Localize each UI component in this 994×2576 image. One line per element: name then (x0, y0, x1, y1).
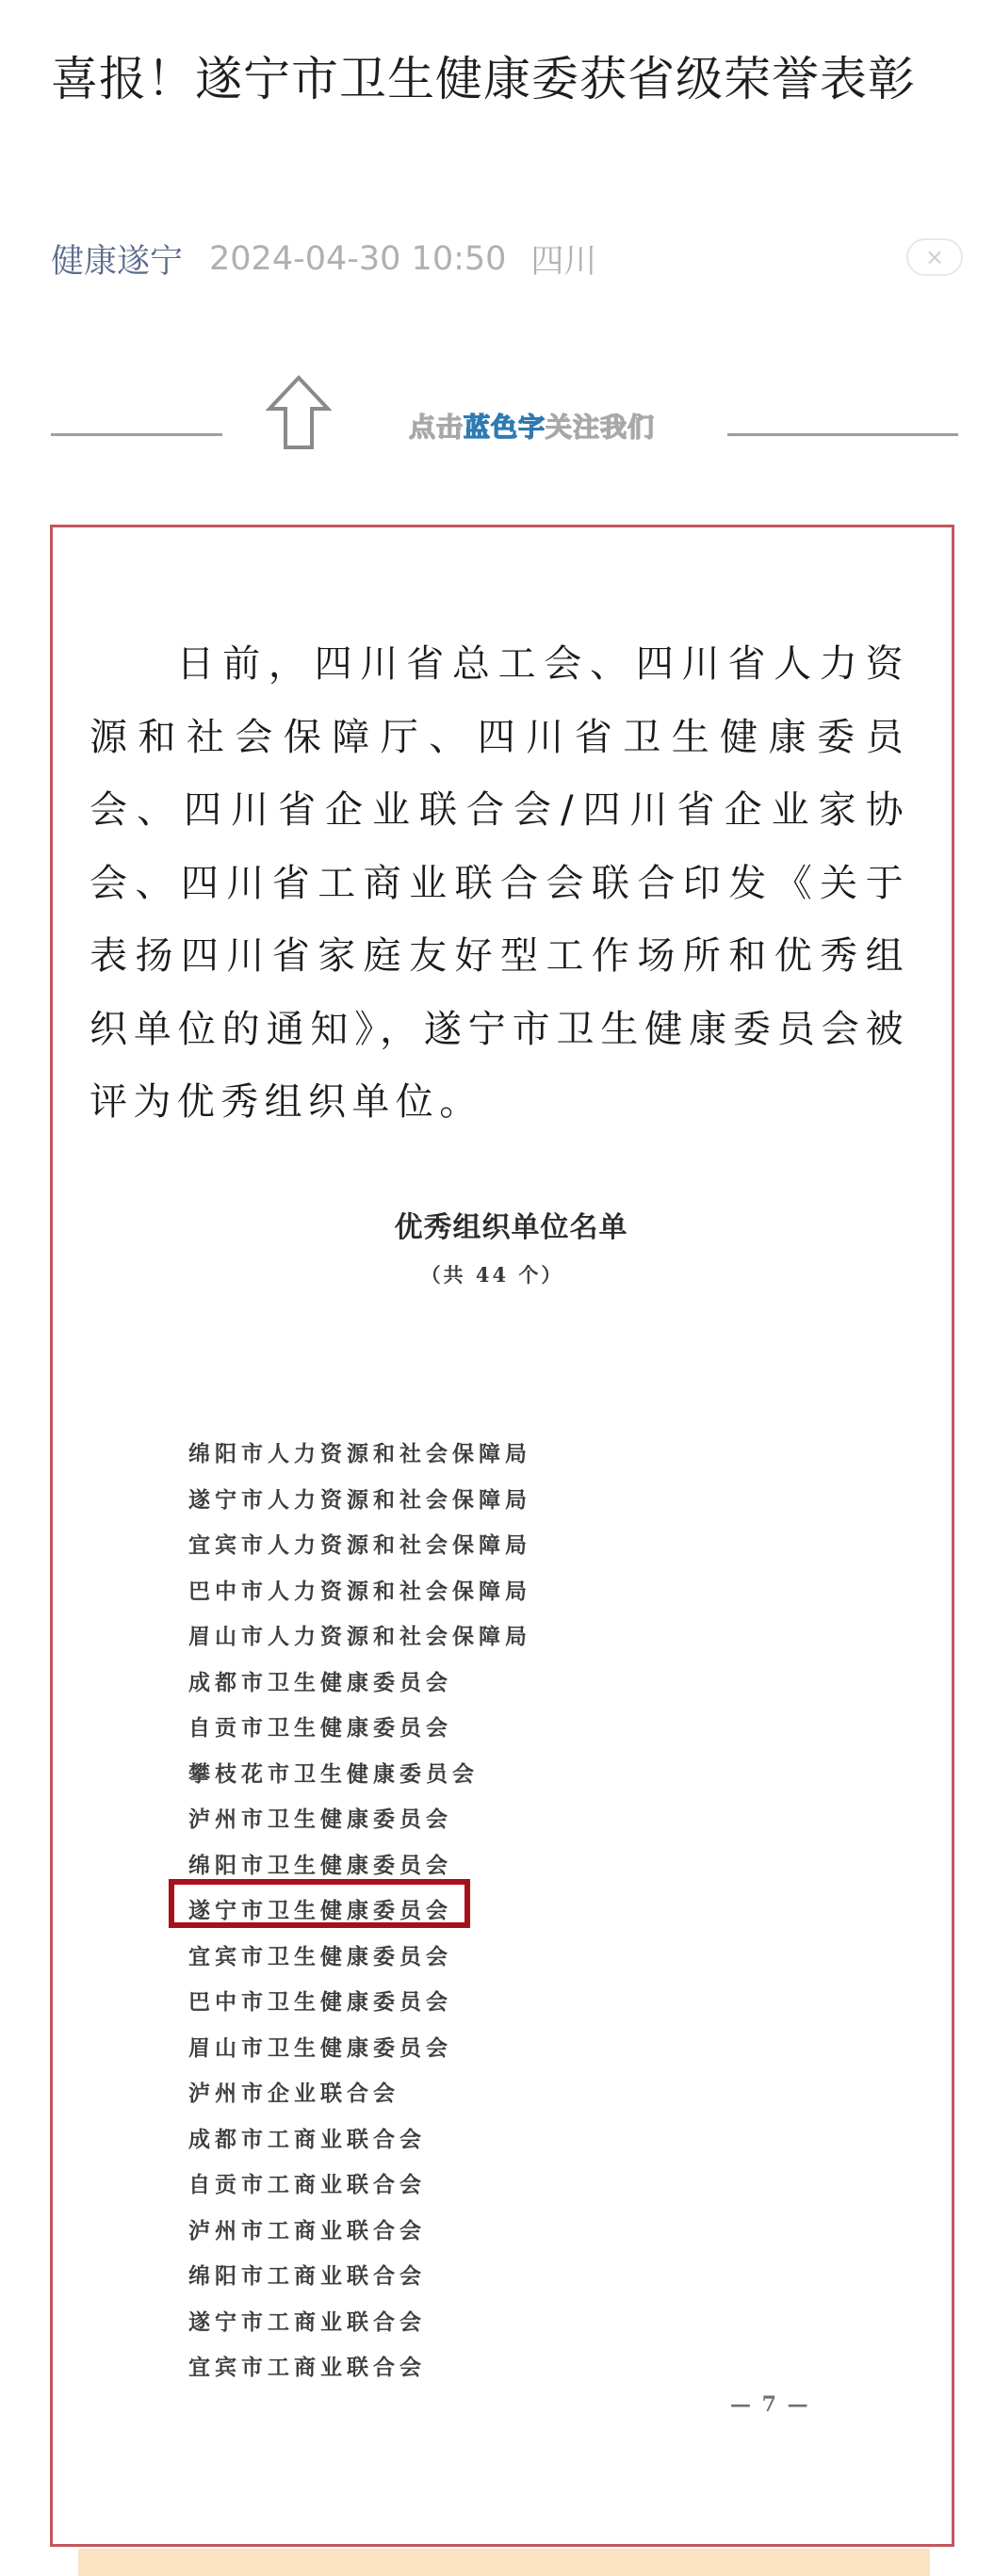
highlight-box (169, 1879, 470, 1928)
next-image-edge (78, 2549, 930, 2576)
list-item: 巴中市人力资源和社会保障局 (188, 1569, 531, 1615)
list-item: 泸州市工商业联合会 (188, 2209, 531, 2255)
list-item: 宜宾市工商业联合会 (188, 2345, 531, 2391)
list-item: 泸州市企业联合会 (188, 2071, 531, 2117)
list-item: 自贡市工商业联合会 (188, 2163, 531, 2209)
follow-prefix: 点击 (409, 412, 464, 443)
list-item: 巴中市卫生健康委员会 (188, 1980, 531, 2026)
list-item: 绵阳市工商业联合会 (188, 2254, 531, 2300)
page-number: — 7 — (730, 2392, 810, 2417)
list-item: 遂宁市人力资源和社会保障局 (188, 1478, 531, 1524)
divider-right (727, 433, 958, 436)
body-paragraph: 日前，四川省总工会、四川省人力资源和社会保障厅、四川省卫生健康委员会、四川省企业… (90, 628, 909, 1140)
follow-suffix: 关注我们 (546, 412, 655, 443)
publish-location: 四川 (530, 235, 596, 283)
list-item: 绵阳市人力资源和社会保障局 (188, 1432, 531, 1478)
body-paragraph-text: 日前，四川省总工会、四川省人力资源和社会保障厅、四川省卫生健康委员会、四川省企业… (90, 642, 909, 1124)
list-title: 优秀组织单位名单 (0, 1204, 994, 1245)
article-meta: 健康遂宁 2024-04-30 10:50 四川 (51, 235, 596, 283)
list-item: 宜宾市卫生健康委员会 (188, 1935, 531, 1981)
follow-us-text[interactable]: 点击蓝色字关注我们 (409, 407, 655, 445)
list-item: 遂宁市工商业联合会 (188, 2300, 531, 2346)
follow-highlight: 蓝色字 (464, 412, 546, 443)
publish-datetime: 2024-04-30 10:50 (209, 240, 506, 278)
divider-left (51, 433, 222, 436)
list-item: 自贡市卫生健康委员会 (188, 1706, 531, 1752)
article-title: 喜报！遂宁市卫生健康委获省级荣誉表彰 (51, 43, 937, 115)
close-icon: × (925, 244, 944, 270)
list-subtitle: （共 44 个） (0, 1260, 994, 1288)
list-item: 成都市卫生健康委员会 (188, 1661, 531, 1707)
follow-banner: 点击蓝色字关注我们 (0, 358, 994, 462)
account-name-link[interactable]: 健康遂宁 (51, 235, 183, 283)
list-item: 眉山市卫生健康委员会 (188, 2026, 531, 2072)
list-item: 攀枝花市卫生健康委员会 (188, 1752, 531, 1798)
list-item: 泸州市卫生健康委员会 (188, 1797, 531, 1843)
list-item: 成都市工商业联合会 (188, 2117, 531, 2163)
close-button[interactable]: × (906, 238, 963, 276)
list-item: 宜宾市人力资源和社会保障局 (188, 1523, 531, 1569)
list-item: 眉山市人力资源和社会保障局 (188, 1614, 531, 1661)
up-arrow-icon (266, 375, 332, 450)
